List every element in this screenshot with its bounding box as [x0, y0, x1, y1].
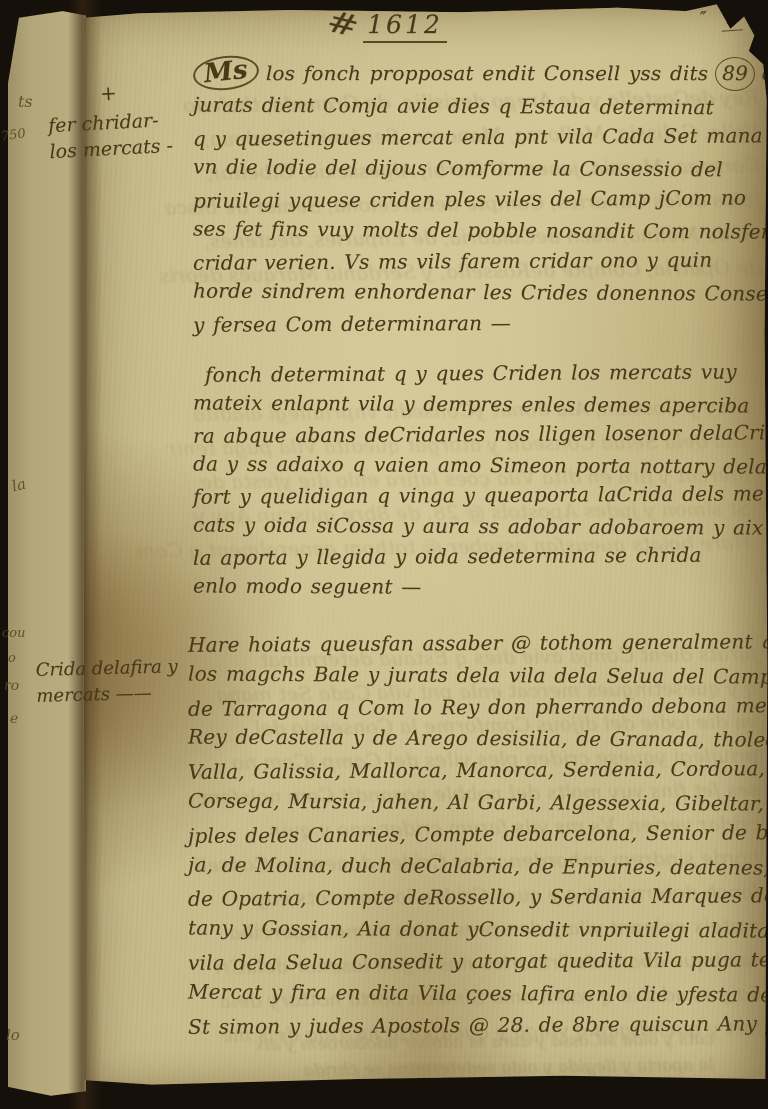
- text-segment: de: [762, 58, 768, 89]
- gutter-fragment: ro: [4, 678, 19, 694]
- text-line: Valla, Galissia, Mallorca, Manorca, Serd…: [188, 753, 766, 788]
- margin-note-line: mercats ——: [36, 680, 179, 710]
- manuscript-photo: { "document": { "header": { "mark": "#",…: [0, 0, 768, 1109]
- number-badge: 89: [715, 57, 755, 91]
- text-line: ra abque abans deCridarles nos lligen lo…: [193, 417, 768, 451]
- text-line: jurats dient Comja avie dies q Estaua de…: [193, 89, 768, 123]
- text-line: los magchs Bale y jurats dela vila dela …: [188, 658, 766, 693]
- text-segment: los fonch propposat endit Consell yss di…: [266, 58, 708, 89]
- heading-cross-mark: #: [324, 7, 362, 44]
- text-line: cridar verien. Vs ms vils farem cridar o…: [193, 244, 768, 279]
- margin-note-fer-cridar: + fer chridar- los mercats -: [46, 77, 174, 165]
- text-line: St simon y judes Apostols @ 28. de 8bre …: [188, 1008, 766, 1043]
- text-line: ja, de Molina, duch deCalabria, de Enpur…: [188, 849, 766, 884]
- text-line: Corsega, Mursia, jahen, Al Garbi, Algess…: [188, 785, 766, 820]
- text-line: fort y quelidigan q vinga y queaporta la…: [193, 478, 768, 512]
- folio: ″ 5: [700, 8, 742, 31]
- paragraph-determination: fonch determinat q y ques Criden los mer…: [193, 358, 768, 602]
- cross-mark: +: [46, 77, 171, 109]
- text-line: la aporta y llegida y oida sedetermina s…: [193, 539, 768, 573]
- gutter-fragment: cou: [2, 626, 25, 641]
- gutter-fragment: e: [10, 711, 18, 727]
- margin-note-crida-fira: Crida delafira y mercats ——: [35, 654, 178, 710]
- text-line: de Tarragona q Com lo Rey don pherrando …: [188, 690, 766, 725]
- gutter-fragment: lo: [6, 1026, 20, 1044]
- text-line: vila dela Selua Consedit y atorgat quedi…: [188, 944, 766, 979]
- text-line: q y quesetingues mercat enla pnt vila Ca…: [193, 120, 768, 155]
- text-line: y fersea Com determinaran —: [193, 306, 768, 341]
- text-line: cats y oida siCossa y aura ss adobar ado…: [193, 509, 768, 543]
- year-heading: # 1612: [330, 10, 447, 43]
- folio-number: 5: [720, 7, 743, 31]
- text-line: tany y Gossian, Aia donat yConsedit vnpr…: [188, 913, 766, 948]
- text-line: da y ss adaixo q vaien amo Simeon porta …: [193, 448, 768, 482]
- text-line: jples deles Canaries, Compte debarcelona…: [188, 817, 766, 852]
- opening-initial: Ms: [191, 53, 260, 94]
- text-line: de Opatria, Compte deRossello, y Serdani…: [188, 881, 766, 916]
- text-line: ses fet fins vuy molts del pobble nosand…: [193, 213, 768, 247]
- text-line: enlo modo seguent —: [193, 570, 768, 604]
- gutter-fragment: ts: [18, 92, 33, 111]
- text-line: Mercat y fira en dita Vila çoes lafira e…: [188, 976, 766, 1011]
- manuscript-paper: Rey deCastella y de Arego desisilia, de …: [84, 0, 768, 1109]
- text-line: Hare hoiats queusfan assaber @ tothom ge…: [188, 626, 766, 661]
- text-line: mateix enlapnt vila y dempres enles deme…: [193, 387, 768, 421]
- text-line: fonch determinat q y ques Criden los mer…: [205, 356, 768, 390]
- paragraph-resolution-mercats: Ms los fonch propposat endit Consell yss…: [193, 56, 768, 339]
- text-line: Rey deCastella y de Arego desisilia, de …: [188, 722, 766, 757]
- previous-page-edge: [8, 0, 86, 1109]
- year-text: 1612: [363, 10, 447, 43]
- gutter-fragment: o: [8, 651, 16, 666]
- paragraph-crida-proclamation: Hare hoiats queusfan assaber @ tothom ge…: [188, 628, 766, 1041]
- folio-mark: ″: [700, 8, 707, 29]
- text-line: priuilegi yquese criden ples viles del C…: [193, 182, 768, 217]
- text-line: vn die lodie del dijous Comforme la Cons…: [193, 151, 768, 185]
- text-line: horde sindrem enhordenar les Crides done…: [193, 275, 768, 309]
- margin-note-line: Crida delafira y: [35, 654, 178, 684]
- text-line: Ms los fonch propposat endit Consell yss…: [193, 56, 768, 91]
